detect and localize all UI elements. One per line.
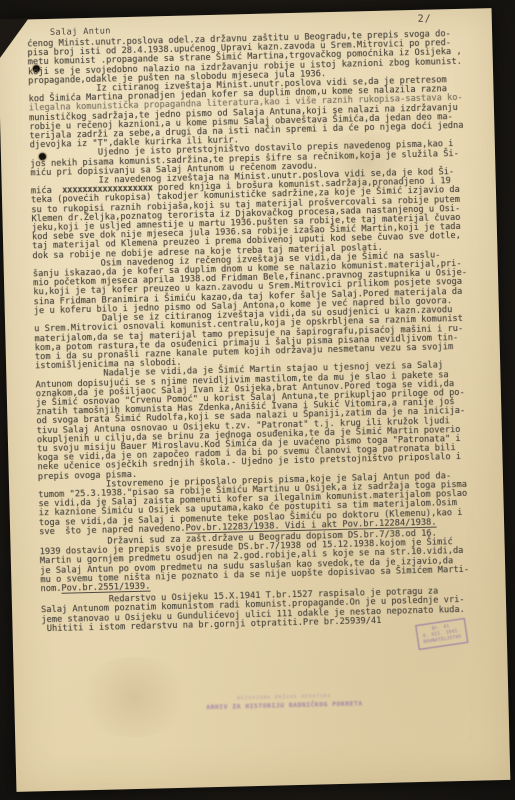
page-heading: Salaj Antun (50, 26, 111, 37)
torn-corner (0, 18, 30, 61)
archive-stamp-footer: NEZAVISNA DRŽAVA HRVATSKA ARHIV ZA HISTO… (152, 691, 416, 713)
typewritten-text: ćenog Minist.unutr.poslova odel.za držav… (27, 29, 497, 634)
page-number: 2/ (418, 14, 432, 25)
document-page: 2/ Salaj Antun ćenog Minist.unutr.poslov… (0, 8, 510, 792)
scanned-document-background: 2/ Salaj Antun ćenog Minist.unutr.poslov… (0, 0, 515, 800)
